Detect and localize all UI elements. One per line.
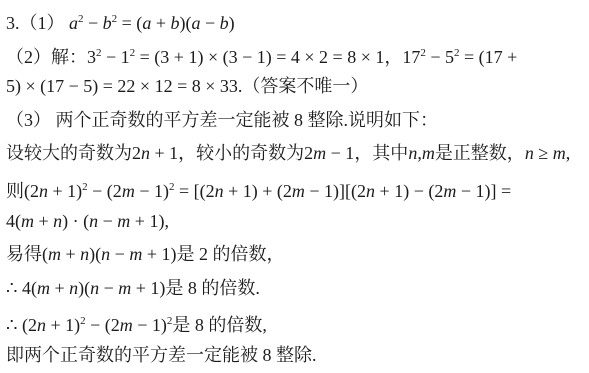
text-segment: n xyxy=(101,244,110,264)
text-segment: m xyxy=(37,278,50,298)
text-segment: )( xyxy=(179,13,191,33)
text-segment: 是 8 的倍数. xyxy=(165,278,260,298)
text-segment: n xyxy=(69,278,78,298)
text-segment: , xyxy=(164,211,169,231)
text-segment: m xyxy=(48,244,61,264)
text-segment: = (3 + 1) × (3 − 1) = 4 × 2 = 8 × 1 xyxy=(135,47,384,67)
text-segment: n xyxy=(53,211,62,231)
text-line-6: 则(2n + 1)2 − (2m − 1)2 = [(2n + 1) + (2m… xyxy=(6,171,589,205)
text-segment: + xyxy=(34,211,53,231)
text-segment: a xyxy=(142,13,151,33)
text-segment: 3 xyxy=(87,47,96,67)
text-segment: m xyxy=(292,181,305,201)
text-segment: − (2 xyxy=(86,315,120,335)
text-segment: − 1) xyxy=(133,315,167,335)
text-segment: + 1) xyxy=(48,181,82,201)
text-segment: 5) × (17 − 5) = 22 × 12 = 8 × 33. xyxy=(6,76,242,96)
text-segment: 易得 xyxy=(6,244,42,264)
text-segment: 则 xyxy=(6,181,24,201)
text-segment: = [(2 xyxy=(174,181,214,201)
text-line-1: 3.（1） a2 − b2 = (a + b)(a − b) xyxy=(6,3,589,37)
text-segment: + 1) − (2 xyxy=(375,181,443,201)
text-segment: ) · ( xyxy=(62,211,89,231)
text-segment: n xyxy=(90,278,99,298)
text-segment: = (17 + xyxy=(460,47,518,67)
text-segment: = ( xyxy=(117,13,142,33)
text-segment: − xyxy=(84,13,103,33)
text-segment: − 1 xyxy=(326,143,354,163)
text-segment: + 1) xyxy=(142,244,176,264)
text-segment: + 1) + (2 xyxy=(224,181,292,201)
text-segment: ，较小的奇数为 xyxy=(178,143,304,163)
text-segment: m xyxy=(129,244,142,264)
text-segment: m xyxy=(443,181,456,201)
text-segment: (2 xyxy=(24,181,39,201)
text-line-7: 4(m + n) · (n − m + 1), xyxy=(6,205,589,239)
text-segment: 即两个正奇数的平方差一定能被 8 整除. xyxy=(6,345,317,365)
text-segment: m xyxy=(120,315,133,335)
text-segment: ≥ xyxy=(534,143,553,163)
text-line-5: 设较大的奇数为2n + 1，较小的奇数为2m − 1，其中n,m是正整数，n ≥… xyxy=(6,137,589,171)
text-segment: b xyxy=(220,13,229,33)
text-segment: n xyxy=(366,181,375,201)
text-line-2: （2）解：32 − 12 = (3 + 1) × (3 − 1) = 4 × 2… xyxy=(6,37,589,71)
text-segment: ，其中 xyxy=(354,143,408,163)
text-segment: + 1) xyxy=(130,211,164,231)
text-segment: ， xyxy=(384,47,402,67)
text-segment: − 1) xyxy=(135,181,169,201)
text-segment: 是正整数， xyxy=(435,143,525,163)
text-segment: − xyxy=(110,244,129,264)
text-segment: 4( xyxy=(6,211,21,231)
text-line-11: 即两个正奇数的平方差一定能被 8 整除. xyxy=(6,339,589,373)
text-segment: − xyxy=(99,278,118,298)
text-segment: − 1 xyxy=(102,47,130,67)
text-segment: 17 xyxy=(402,47,420,67)
text-segment: + xyxy=(50,278,69,298)
text-segment: + 1 xyxy=(150,143,178,163)
text-segment: n xyxy=(80,244,89,264)
text-segment: m xyxy=(313,143,326,163)
text-segment: n xyxy=(525,143,534,163)
text-segment: 3.（1） xyxy=(6,13,69,33)
text-segment: − 5 xyxy=(426,47,454,67)
text-segment: ∴ (2 xyxy=(6,315,37,335)
text-segment: m xyxy=(553,143,566,163)
text-segment: m xyxy=(118,278,131,298)
text-segment: n xyxy=(408,143,417,163)
text-segment: n xyxy=(39,181,48,201)
text-segment: m xyxy=(117,211,130,231)
text-segment: （2）解： xyxy=(6,47,87,67)
text-segment: , xyxy=(566,143,571,163)
text-segment: n xyxy=(37,315,46,335)
text-segment: m xyxy=(122,181,135,201)
text-segment: （3） 两个正奇数的平方差一定能被 8 整除.说明如下： xyxy=(6,110,438,130)
text-segment: ∴ 4( xyxy=(6,278,37,298)
text-segment: n xyxy=(141,143,150,163)
text-line-9: ∴ 4(m + n)(n − m + 1)是 8 的倍数. xyxy=(6,272,589,306)
text-segment: − 1)][(2 xyxy=(305,181,366,201)
text-segment: − xyxy=(98,211,117,231)
text-segment: − 1)] = xyxy=(456,181,511,201)
text-segment: 2 xyxy=(132,143,141,163)
text-segment: m xyxy=(21,211,34,231)
text-segment: n xyxy=(89,211,98,231)
text-segment: m xyxy=(422,143,435,163)
text-segment: )( xyxy=(78,278,90,298)
text-segment: − xyxy=(200,13,219,33)
text-segment: 2 xyxy=(304,143,313,163)
text-line-10: ∴ (2n + 1)2 − (2m − 1)2是 8 的倍数, xyxy=(6,305,589,339)
text-segment: − (2 xyxy=(88,181,122,201)
text-segment: （答案不唯一） xyxy=(242,76,368,96)
document-lines: 3.（1） a2 − b2 = (a + b)(a − b)（2）解：32 − … xyxy=(6,3,589,373)
text-line-8: 易得(m + n)(n − m + 1)是 2 的倍数， xyxy=(6,238,589,272)
text-segment: a xyxy=(69,13,78,33)
text-line-4: （3） 两个正奇数的平方差一定能被 8 整除.说明如下： xyxy=(6,104,589,138)
text-segment: + 1) xyxy=(46,315,80,335)
text-segment: + xyxy=(151,13,170,33)
document: 3.（1） a2 − b2 = (a + b)(a − b)（2）解：32 − … xyxy=(0,0,589,373)
text-segment: ) xyxy=(229,13,235,33)
text-line-3: 5) × (17 − 5) = 22 × 12 = 8 × 33.（答案不唯一） xyxy=(6,70,589,104)
text-segment: + xyxy=(61,244,80,264)
text-segment: 是 2 的倍数， xyxy=(176,244,284,264)
text-segment: )( xyxy=(89,244,101,264)
text-segment: + 1) xyxy=(131,278,165,298)
text-segment: 设较大的奇数为 xyxy=(6,143,132,163)
text-segment: n xyxy=(215,181,224,201)
text-segment: 是 8 的倍数, xyxy=(172,315,267,335)
text-segment: b xyxy=(103,13,112,33)
